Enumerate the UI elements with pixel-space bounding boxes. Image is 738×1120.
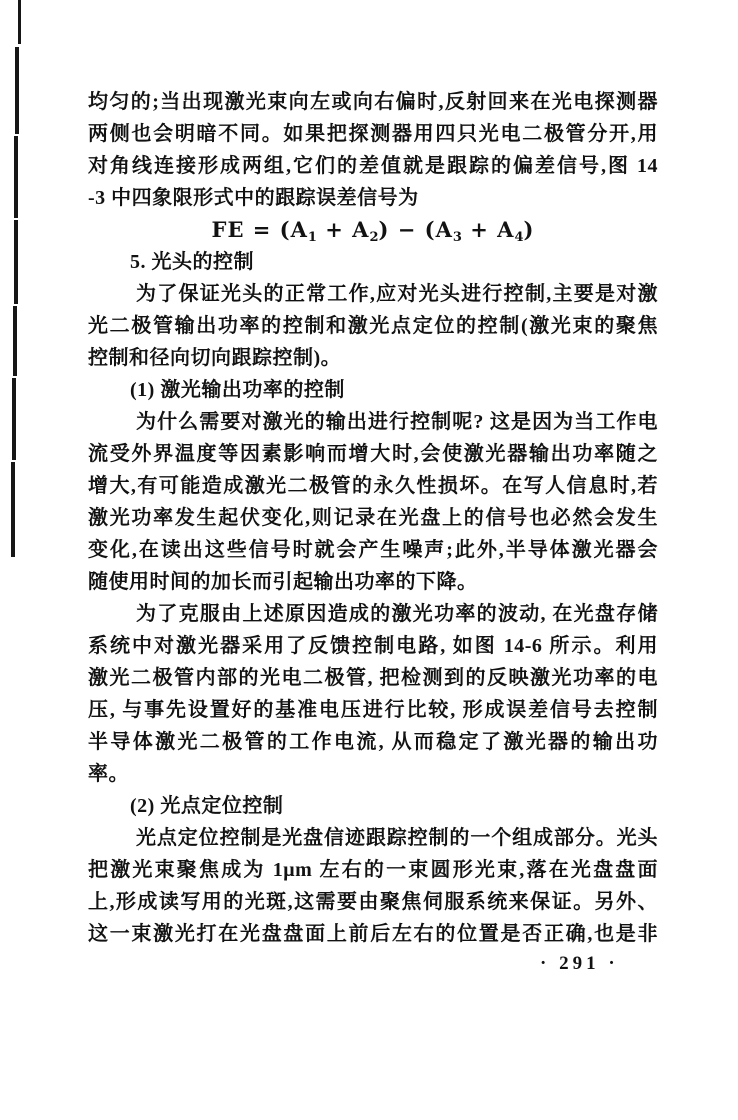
body-line: 控制和径向切向跟踪控制)。 — [88, 342, 658, 374]
body-line: 为了保证光头的正常工作,应对光头进行控制,主要是对激 — [88, 278, 658, 310]
body-line: -3 中四象限形式中的跟踪误差信号为 — [88, 182, 658, 214]
body-line: 两侧也会明暗不同。如果把探测器用四只光电二极管分开,用 — [88, 118, 658, 150]
scan-edge-artifact — [14, 136, 18, 218]
body-line: 率。 — [88, 758, 658, 790]
scan-edge-artifact — [12, 378, 16, 460]
page-text: 均匀的;当出现激光束向左或向右偏时,反射回来在光电探测器两侧也会明暗不同。如果把… — [88, 86, 658, 950]
body-line: 为了克服由上述原因造成的激光功率的波动, 在光盘存储 — [88, 598, 658, 630]
body-line: 增大,有可能造成激光二极管的永久性损坏。在写人信息时,若 — [88, 470, 658, 502]
body-line: 上,形成读写用的光斑,这需要由聚焦伺服系统来保证。另外、 — [88, 886, 658, 918]
body-line: 激光功率发生起伏变化,则记录在光盘上的信号也必然会发生 — [88, 502, 658, 534]
body-line: 流受外界温度等因素影响而增大时,会使激光器输出功率随之 — [88, 438, 658, 470]
heading-line: (2) 光点定位控制 — [88, 790, 658, 822]
scan-edge-artifact — [14, 220, 18, 304]
body-line: 这一束激光打在光盘盘面上前后左右的位置是否正确,也是非 — [88, 918, 658, 950]
page-number: · 291 · — [540, 953, 650, 975]
scanned-book-page: 均匀的;当出现激光束向左或向右偏时,反射回来在光电探测器两侧也会明暗不同。如果把… — [0, 0, 738, 1120]
body-line: 把激光束聚焦成为 1μm 左右的一束圆形光束,落在光盘盘面 — [88, 854, 658, 886]
body-line: 光点定位控制是光盘信迹跟踪控制的一个组成部分。光头 — [88, 822, 658, 854]
body-line: 系统中对激光器采用了反馈控制电路, 如图 14-6 所示。利用 — [88, 630, 658, 662]
body-line: 对角线连接形成两组,它们的差值就是跟踪的偏差信号,图 14 — [88, 150, 658, 182]
scan-edge-artifact — [15, 47, 19, 134]
scan-edge-artifact — [13, 306, 17, 376]
heading-line: 5. 光头的控制 — [88, 246, 658, 278]
heading-line: (1) 激光输出功率的控制 — [88, 374, 658, 406]
body-line: 激光二极管内部的光电二极管, 把检测到的反映激光功率的电 — [88, 662, 658, 694]
body-line: 为什么需要对激光的输出进行控制呢? 这是因为当工作电 — [88, 406, 658, 438]
body-line: 半导体激光二极管的工作电流, 从而稳定了激光器的输出功 — [88, 726, 658, 758]
scan-edge-artifact — [11, 462, 15, 557]
body-line: 随使用时间的加长而引起输出功率的下降。 — [88, 566, 658, 598]
body-line: 均匀的;当出现激光束向左或向右偏时,反射回来在光电探测器 — [88, 86, 658, 118]
body-line: 压, 与事先设置好的基准电压进行比较, 形成误差信号去控制 — [88, 694, 658, 726]
formula-line: FE = (A1 + A2) − (A3 + A4) — [88, 214, 658, 246]
scan-edge-artifact — [18, 0, 21, 44]
body-line: 光二极管输出功率的控制和激光点定位的控制(激光束的聚焦 — [88, 310, 658, 342]
body-line: 变化,在读出这些信号时就会产生噪声;此外,半导体激光器会 — [88, 534, 658, 566]
